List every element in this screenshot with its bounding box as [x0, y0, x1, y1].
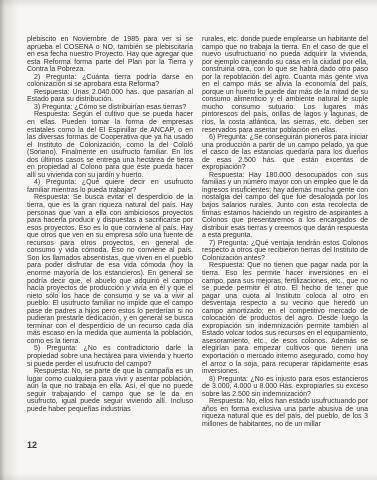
paragraph: Respuesta: Se busca evitar el desperdici…	[27, 194, 193, 345]
paragraph: 7) Pregunta: ¿Qué ventaja tendrán estos …	[202, 240, 368, 263]
paragraph: 3) Pregunta: ¿Cómo se distribuirían esas…	[27, 104, 193, 112]
paragraph: 2) Pregunta: ¿Cuánta tierra podría darse…	[27, 74, 193, 89]
page-number: 12	[27, 440, 37, 450]
paragraph: Respuesta: Según el cultivo que se pueda…	[27, 111, 193, 179]
page-text: plebiscito en Noviembre de 1985 para ver…	[27, 36, 368, 428]
paragraph: plebiscito en Noviembre de 1985 para ver…	[27, 36, 193, 74]
paragraph: Respuesta: Hay 180.000 desocupados con s…	[202, 172, 368, 240]
paragraph: Respuesta: Unas 2.040.000 has. que pasar…	[27, 89, 193, 104]
paragraph: 6) Pregunta: ¿Se conseguirán pioneros pa…	[202, 134, 368, 172]
left-column: plebiscito en Noviembre de 1985 para ver…	[27, 36, 193, 428]
paragraph: Respuesta: No, se parte de que la campañ…	[27, 368, 193, 413]
right-column: rurales, etc. donde puede emplearse un h…	[202, 36, 368, 428]
scanned-document-page: plebiscito en Noviembre de 1985 para ver…	[0, 0, 377, 480]
paragraph: Respuesta: No, ellos han estado usufruct…	[202, 398, 368, 428]
paragraph: rurales, etc. donde puede emplearse un h…	[202, 36, 368, 134]
paragraph: 8) Pregunta: ¿No es injusto para esos es…	[202, 376, 368, 399]
paragraph: Respuesta: Que no tienen que pagar nada …	[202, 262, 368, 375]
paragraph: 5) Pregunta: ¿No es contradictorio darle…	[27, 345, 193, 368]
paragraph: 4) Pregunta: ¿Qué quiere decir en usufru…	[27, 179, 193, 194]
